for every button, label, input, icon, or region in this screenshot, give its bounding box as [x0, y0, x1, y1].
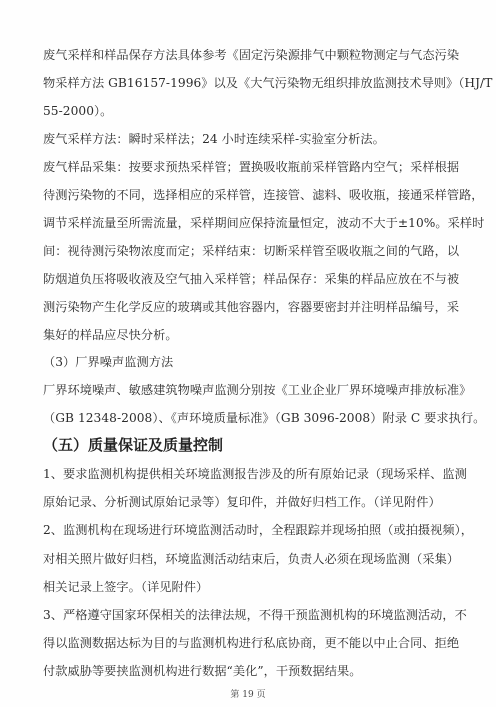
paragraph-line: 防烟道负压将吸收液及空气抽入采样管；样品保存：采集的样品应放在不与被 [43, 271, 455, 287]
paragraph-line: 废气采样方法：瞬时采样法；24 小时连续采样-实验室分析法。 [43, 131, 385, 147]
paragraph-line: 测污染物产生化学反应的玻璃或其他容器内，容器要密封并注明样品编号，采 [43, 299, 455, 315]
page-number: 第 19 页 [0, 687, 496, 700]
paragraph-line: 集好的样品应尽快分析。 [43, 327, 178, 343]
paragraph-line: 付款威胁等要挟监测机构进行数据“美化”，干预数据结果。 [43, 663, 362, 679]
paragraph-line: 1、要求监测机构提供相关环境监测报告涉及的所有原始记录（现场采样、监测 [43, 466, 455, 482]
paragraph-line: 调节采样流量至所需流量，采样期间应保持流量恒定，波动不大于±10%。采样时 [43, 215, 455, 231]
paragraph-line: 待测污染物的不同，选择相应的采样管，连接管、滤料、吸收瓶，接通采样管路， [43, 187, 455, 203]
section-heading: （五）质量保证及质量控制 [43, 436, 223, 454]
paragraph-line: 物采样方法 GB16157-1996》以及《大气污染物无组织排放监测技术导则》（… [43, 75, 455, 91]
paragraph-line: 厂界环境噪声、敏感建筑物噪声监测分别按《工业企业厂界环境噪声排放标准》 [43, 382, 455, 398]
paragraph-line: 55-2000）。 [43, 103, 112, 119]
paragraph-line: 得以监测数据达标为目的与监测机构进行私底协商，更不能以中止合同、拒绝 [43, 635, 455, 651]
paragraph-line: 3、严格遵守国家环保相关的法律法规，不得干预监测机构的环境监测活动，不 [43, 607, 455, 623]
paragraph-line: （GB 12348-2008）、《声环境质量标准》（GB 3096-2008）附… [43, 410, 455, 426]
paragraph-line: 对相关照片做好归档，环境监测活动结束后，负责人必须在现场监测（采集） [43, 551, 455, 567]
paragraph-line: 原始记录、分析测试原始记录等）复印件，并做好归档工作。（详见附件） [43, 494, 441, 510]
paragraph-line: 废气采样和样品保存方法具体参考《固定污染源排气中颗粒物测定与气态污染 [43, 47, 455, 63]
paragraph-line: 2、监测机构在现场进行环境监测活动时，全程跟踪并现场拍照（或拍摄视频）， [43, 522, 455, 538]
subsection-title: （3）厂界噪声监测方法 [43, 354, 173, 370]
paragraph-line: 废气样品采集：按要求预热采样管；置换吸收瓶前采样管路内空气；采样根据 [43, 159, 455, 175]
paragraph-line: 相关记录上签字。（详见附件） [43, 579, 208, 595]
paragraph-line: 间：视待测污染物浓度而定；采样结束：切断采样管至吸收瓶之间的气路，以 [43, 243, 455, 259]
document-page: 废气采样和样品保存方法具体参考《固定污染源排气中颗粒物测定与气态污染 物采样方法… [0, 0, 496, 707]
